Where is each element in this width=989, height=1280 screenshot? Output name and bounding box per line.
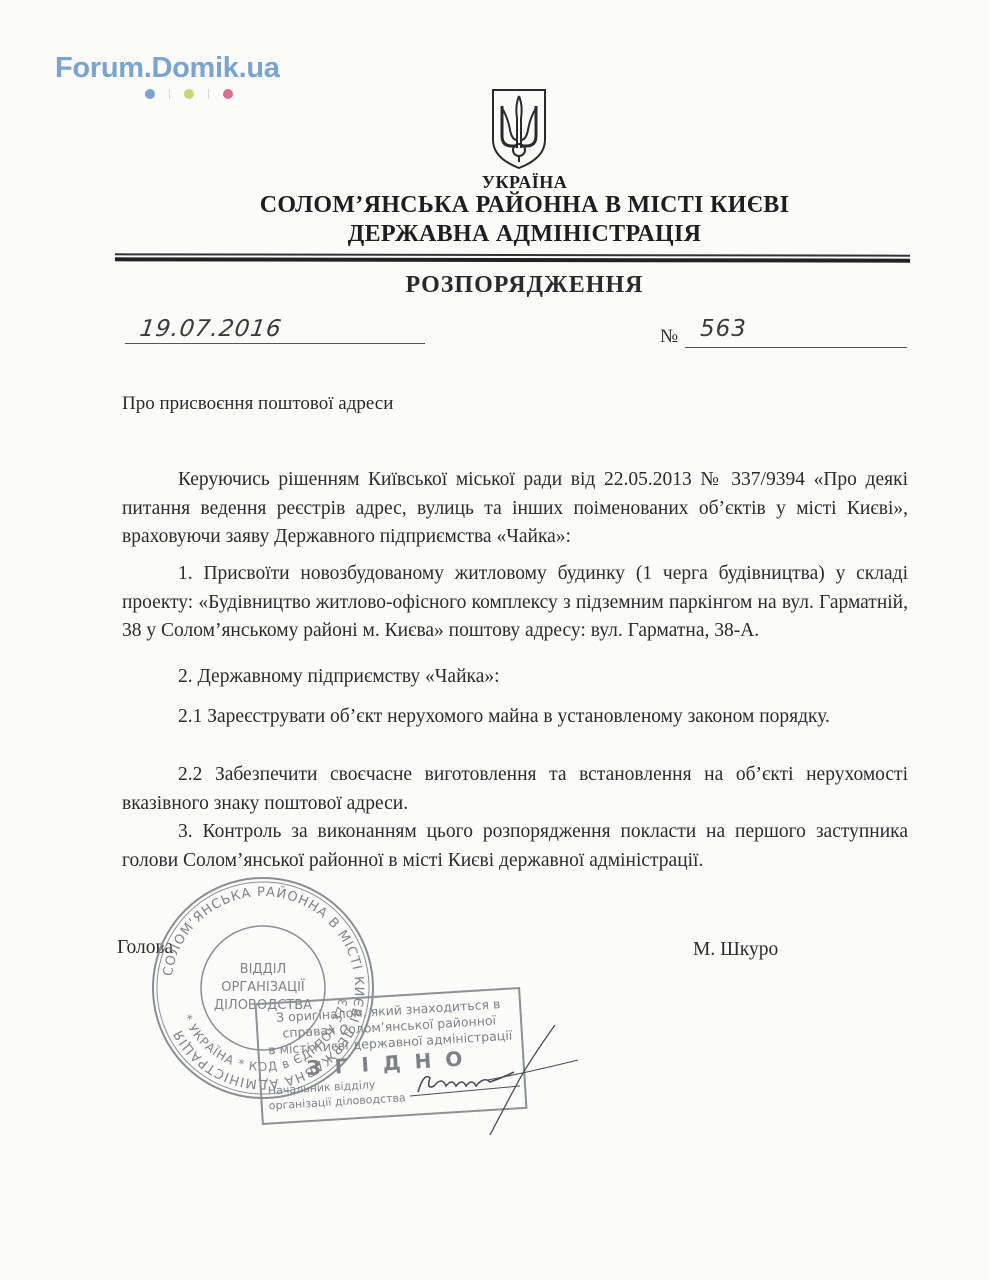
watermark-dots — [145, 88, 245, 100]
header-rule-thin — [115, 253, 910, 256]
item-3: 3. Контроль за виконанням цього розпоряд… — [122, 818, 908, 875]
green-dot-icon — [184, 89, 194, 99]
country-name: УКРАЇНА — [30, 172, 989, 193]
header-rule-thick — [115, 257, 910, 262]
number-sign: № — [660, 326, 678, 348]
watermark-logo: Forum.Domik.ua — [55, 52, 280, 85]
organization-name-line2: ДЕРЖАВНА АДМІНІСТРАЦІЯ — [30, 221, 989, 248]
number-underline — [685, 347, 907, 348]
item-2-2: 2.2 Забезпечити своєчасне виготовлення т… — [122, 761, 908, 818]
blue-dot-icon — [145, 89, 155, 99]
handwritten-signature-icon — [390, 1020, 580, 1140]
seal-inner-line1: ВІДДІЛ — [240, 962, 287, 977]
signatory-name: М. Шкуро — [693, 939, 778, 961]
date-underline — [125, 343, 425, 344]
divider — [208, 89, 209, 99]
document-date: 19.07.2016 — [138, 316, 283, 342]
item-1: 1. Присвоїти новозбудованому житловому б… — [122, 560, 908, 646]
seal-inner-line2: ОРГАНІЗАЦІЇ — [221, 979, 305, 995]
preamble-paragraph: Керуючись рішенням Київської міської рад… — [122, 466, 908, 552]
document-number: 563 — [700, 316, 747, 342]
trident-emblem-icon — [490, 88, 548, 170]
pink-dot-icon — [223, 89, 233, 99]
document-type: РОЗПОРЯДЖЕННЯ — [30, 272, 989, 299]
document-subject: Про присвоєння поштової адреси — [122, 393, 393, 415]
organization-name-line1: СОЛОМ’ЯНСЬКА РАЙОННА В МІСТІ КИЄВІ — [30, 192, 989, 219]
divider — [169, 89, 170, 99]
item-2: 2. Державному підприємству «Чайка»: — [122, 663, 908, 692]
item-2-1: 2.1 Зареєструвати об’єкт нерухомого майн… — [178, 703, 908, 732]
